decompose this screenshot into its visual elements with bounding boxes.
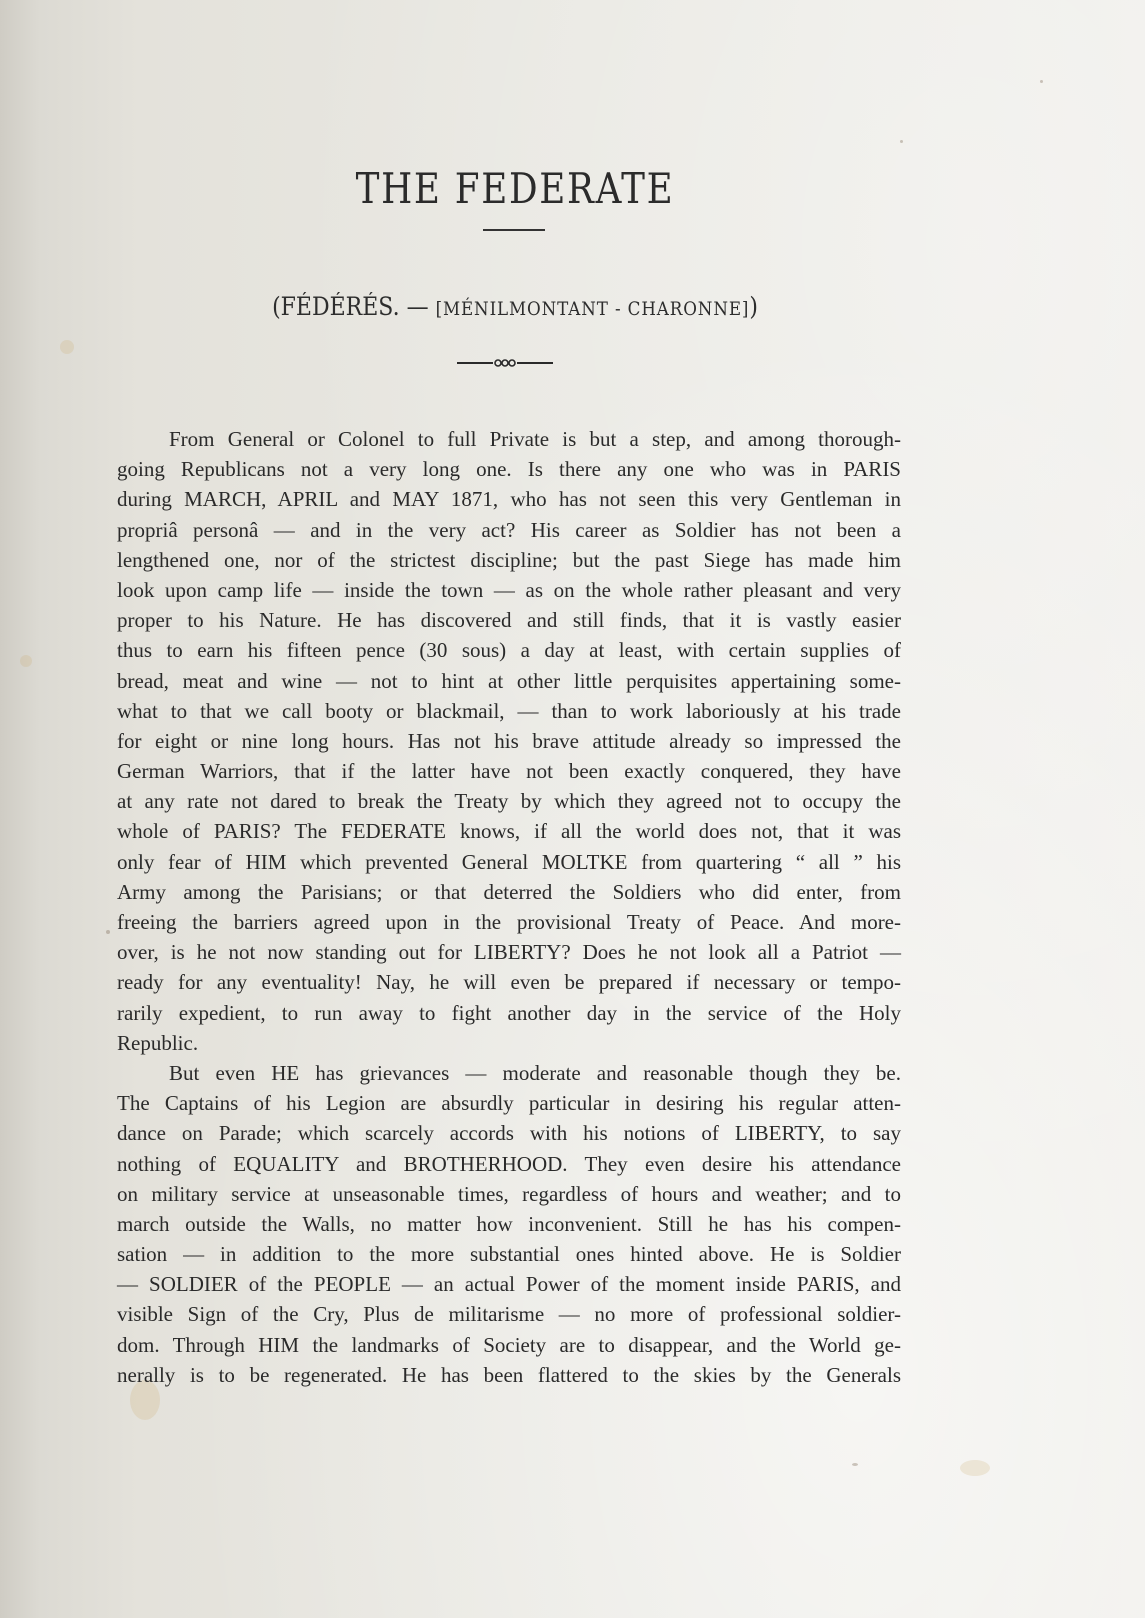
text-line: Republic. — [117, 1028, 901, 1058]
text-line: ready for any eventuality! Nay, he will … — [117, 967, 901, 997]
text-line: Army among the Parisians; or that deterr… — [117, 877, 901, 907]
text-line: going Republicans not a very long one. I… — [117, 454, 901, 484]
paper-stain — [20, 655, 32, 667]
text-line: But even HE has grievances — moderate an… — [117, 1058, 901, 1088]
text-line: what to that we call booty or blackmail,… — [117, 696, 901, 726]
text-line: whole of PARIS? The FEDERATE knows, if a… — [117, 816, 901, 846]
text-line: for eight or nine long hours. Has not hi… — [117, 726, 901, 756]
text-line: The Captains of his Legion are absurdly … — [117, 1088, 901, 1118]
paper-speck — [852, 1463, 858, 1466]
text-line: visible Sign of the Cry, Plus de militar… — [117, 1299, 901, 1329]
paper-speck — [900, 140, 903, 143]
text-line: dom. Through HIM the landmarks of Societ… — [117, 1330, 901, 1360]
text-line: during MARCH, APRIL and MAY 1871, who ha… — [117, 484, 901, 514]
paper-speck — [106, 930, 110, 934]
text-line: on military service at unseasonable time… — [117, 1179, 901, 1209]
text-line: only fear of HIM which prevented General… — [117, 847, 901, 877]
text-line: German Warriors, that if the latter have… — [117, 756, 901, 786]
subtitle-location: [MÉNILMONTANT - CHARONNE] — [436, 298, 750, 320]
text-line: nerally is to be regenerated. He has bee… — [117, 1360, 901, 1390]
paper-stain — [60, 340, 74, 354]
text-line: bread, meat and wine — not to hint at ot… — [117, 666, 901, 696]
text-line: at any rate not dared to break the Treat… — [117, 786, 901, 816]
text-line: lengthened one, nor of the strictest dis… — [117, 545, 901, 575]
title-rule — [483, 229, 545, 231]
body-text: From General or Colonel to full Private … — [117, 424, 901, 1390]
text-line: From General or Colonel to full Private … — [117, 424, 901, 454]
subtitle-close: ) — [749, 292, 758, 321]
paper-speck — [1040, 80, 1043, 83]
text-line: sation — in addition to the more substan… — [117, 1239, 901, 1269]
text-line: march outside the Walls, no matter how i… — [117, 1209, 901, 1239]
text-line: thus to earn his fifteen pence (30 sous)… — [117, 635, 901, 665]
text-line: over, is he not now standing out for LIB… — [117, 937, 901, 967]
text-line: — SOLDIER of the PEOPLE — an actual Powe… — [117, 1269, 901, 1299]
text-line: proper to his Nature. He has discovered … — [117, 605, 901, 635]
paper-stain — [960, 1460, 990, 1476]
subtitle-main: (FÉDÉRÉS. — — [272, 292, 436, 321]
text-line: dance on Parade; which scarcely accords … — [117, 1118, 901, 1148]
scanned-page: THE FEDERATE (FÉDÉRÉS. — [MÉNILMONTANT -… — [0, 0, 1145, 1618]
page-subtitle: (FÉDÉRÉS. — [MÉNILMONTANT - CHARONNE]) — [62, 292, 968, 321]
text-line: freeing the barriers agreed upon in the … — [117, 907, 901, 937]
text-line: look upon camp life — inside the town — … — [117, 575, 901, 605]
text-line: propriâ personâ — and in the very act? H… — [117, 515, 901, 545]
page-title: THE FEDERATE — [77, 164, 953, 213]
text-line: rarily expedient, to run away to fight a… — [117, 998, 901, 1028]
text-line: nothing of EQUALITY and BROTHERHOOD. The… — [117, 1149, 901, 1179]
ornament-divider-icon — [455, 355, 555, 371]
